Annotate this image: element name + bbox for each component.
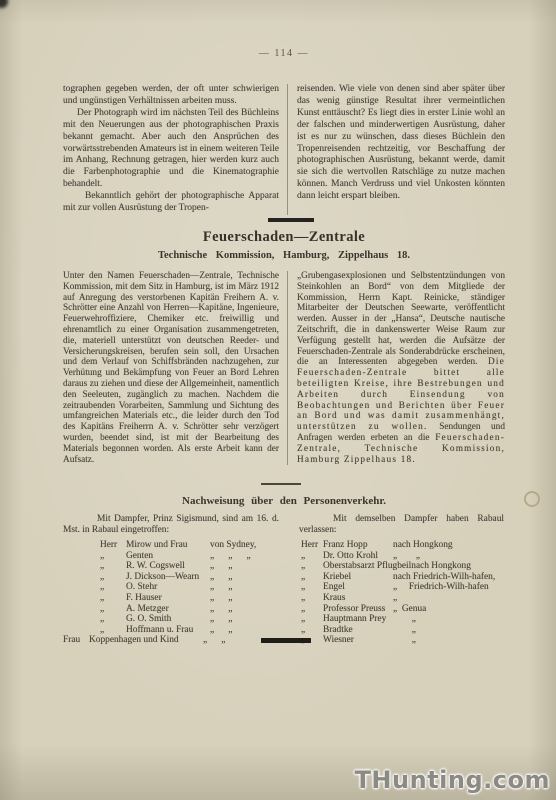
passenger-row: „G. O. Smith„ „: [100, 614, 279, 625]
destination: nach Hongkong: [393, 540, 453, 551]
passenger-name: Hauptmann Prey: [323, 614, 393, 625]
scanned-document-page: — 114 — tographen gegeben werden, der of…: [0, 0, 556, 800]
destination: nach Hongkong: [411, 561, 471, 572]
passenger-name: G. O. Smith: [126, 614, 210, 625]
passenger-name: Dr. Otto Krohl: [323, 551, 393, 562]
passenger-name: A. Metzger: [126, 604, 210, 615]
passenger-name: Professor Preuss: [323, 604, 393, 615]
passenger-row: „A. Metzger„ „: [100, 604, 279, 615]
passenger-row: „Professor Preuss„ Genua: [301, 604, 504, 615]
destination: „: [393, 635, 416, 646]
row-prefix: „: [301, 614, 323, 625]
passenger-row: „Dr. Otto Krohl„ „: [301, 551, 504, 562]
passenger-row: „Hauptmann Prey „: [301, 614, 504, 625]
arrivals-list: HerrMirow und Frauvon Sydney, „Genten„ „…: [63, 540, 279, 646]
row-prefix: Herr: [100, 540, 126, 551]
paragraph: reisenden. Wie viele von denen sind aber…: [297, 84, 505, 203]
passenger-name: Kraus: [323, 593, 393, 604]
passenger-row: „Genten„ „ „: [100, 551, 279, 562]
paragraph: „Grubengasexplosionen und Selbstentzündu…: [297, 271, 505, 465]
departures-list: HerrFranz Hoppnach Hongkong „Dr. Otto Kr…: [299, 540, 504, 646]
feuerschaden-article: Unter den Namen Feuerschaden—Zentrale, T…: [63, 271, 505, 465]
row-prefix: „: [301, 604, 323, 615]
row-prefix: Herr: [301, 540, 323, 551]
passenger-name: R. W. Cogswell: [126, 561, 210, 572]
destination: „ „: [210, 561, 232, 572]
thin-separator-rule: [261, 483, 301, 485]
passenger-name: Engel: [323, 582, 393, 593]
destination: „ „: [210, 614, 232, 625]
paragraph: Bekanntlich gehört der photographische A…: [63, 191, 279, 215]
passenger-name: Mirow und Frau: [126, 540, 210, 551]
passenger-name: Hoffmann u. Frau: [126, 625, 210, 636]
row-prefix: „: [301, 625, 323, 636]
destination: „ „: [203, 635, 225, 646]
destination: von Sydney,: [210, 540, 256, 551]
destination: „: [393, 614, 416, 625]
article-title: Feuerschaden—Zentrale: [63, 229, 505, 246]
passenger-name: O. Stehr: [126, 582, 210, 593]
passenger-row: HerrMirow und Frauvon Sydney,: [100, 540, 279, 551]
letterspaced-text-run: Die Feuerschaden-Zentrale bittet alle be…: [297, 357, 505, 432]
passenger-row: „Engel„ Friedrich-Wilh-hafen: [301, 582, 504, 593]
row-prefix: „: [301, 582, 323, 593]
destination: „ „: [210, 572, 232, 583]
passenger-name: Koppenhagen und Kind: [89, 635, 203, 646]
row-prefix: „: [301, 572, 323, 583]
row-prefix: „: [301, 551, 323, 562]
passenger-section-title: Nachweisung über den Personenverkehr.: [63, 495, 505, 507]
photography-left-column: tographen gegeben werden, der oft unter …: [63, 84, 287, 215]
passenger-name: Kriebel: [323, 572, 393, 583]
page-number: — 114 —: [63, 48, 505, 59]
passenger-row: „R. W. Cogswell„ „: [100, 561, 279, 572]
destination: „ „: [210, 625, 232, 636]
passenger-row: „Bradtke „: [301, 625, 504, 636]
paragraph: Unter den Namen Feuerschaden—Zentrale, T…: [63, 271, 279, 465]
arrivals-column: Mit Dampfer, Prinz Sigismund, sind am 16…: [63, 514, 287, 646]
destination: nach Friedrich-Wilh-hafen,: [393, 572, 495, 583]
destination: „: [393, 593, 397, 604]
passenger-row: FrauKoppenhagen und Kind„ „: [63, 635, 279, 646]
passenger-row: HerrFranz Hoppnach Hongkong: [301, 540, 504, 551]
passenger-row: „Hoffmann u. Frau„ „: [100, 625, 279, 636]
row-prefix: „: [100, 572, 126, 583]
passenger-row: „F. Hauser„ „: [100, 593, 279, 604]
passenger-row: „Kraus„: [301, 593, 504, 604]
destination: „ „: [210, 593, 232, 604]
passenger-name: J. Dickson—Wearn: [126, 572, 210, 583]
arrivals-intro: Mit Dampfer, Prinz Sigismund, sind am 16…: [63, 514, 279, 536]
passenger-row: „J. Dickson—Wearn„ „: [100, 572, 279, 583]
text-run: „Grubengasexplosionen und Selbstentzündu…: [297, 271, 505, 367]
article-subtitle: Technische Kommission, Hamburg, Zippelha…: [63, 250, 505, 261]
section-separator-rule: [268, 218, 314, 222]
passenger-name: F. Hauser: [126, 593, 210, 604]
passenger-row: „Kriebelnach Friedrich-Wilh-hafen,: [301, 572, 504, 583]
row-prefix: „: [100, 582, 126, 593]
row-prefix: „: [100, 593, 126, 604]
destination: „ Friedrich-Wilh-hafen: [393, 582, 489, 593]
feuerschaden-right-column: „Grubengasexplosionen und Selbstentzündu…: [288, 271, 505, 465]
passenger-row: „Oberstabsarzt Pflugbeilnach Hongkong: [301, 561, 504, 572]
passenger-name: Oberstabsarzt Pflugbeil: [323, 561, 411, 572]
photography-article: tographen gegeben werden, der oft unter …: [63, 84, 505, 215]
passenger-name: Franz Hopp: [323, 540, 393, 551]
row-prefix: Frau: [63, 635, 89, 646]
row-prefix: „: [100, 614, 126, 625]
end-separator-rule: [261, 638, 311, 643]
destination: „ „: [393, 551, 420, 562]
passenger-section: Mit Dampfer, Prinz Sigismund, sind am 16…: [63, 514, 505, 646]
row-prefix: „: [100, 625, 126, 636]
destination: „ Genua: [393, 604, 426, 615]
corner-stain: [0, 0, 8, 8]
feuerschaden-left-column: Unter den Namen Feuerschaden—Zentrale, T…: [63, 271, 287, 465]
passenger-name: Wiesner: [323, 635, 393, 646]
paragraph: tographen gegeben werden, der oft unter …: [63, 84, 279, 108]
destination: „ „ „: [210, 551, 251, 562]
row-prefix: „: [100, 561, 126, 572]
row-prefix: „: [301, 561, 323, 572]
departures-column: Mit demselben Dampfer haben Rabaul verla…: [287, 514, 504, 646]
row-prefix: „: [100, 551, 126, 562]
destination: „ „: [210, 604, 232, 615]
passenger-name: Bradtke: [323, 625, 393, 636]
destination: „: [393, 625, 416, 636]
hole-stain-ring: [524, 491, 540, 507]
paragraph: Der Photograph wird im nächsten Teil des…: [63, 108, 279, 191]
row-prefix: „: [100, 604, 126, 615]
destination: „ „: [210, 582, 232, 593]
watermark: THunting.com: [355, 766, 550, 794]
photography-right-column: reisenden. Wie viele von denen sind aber…: [288, 84, 505, 215]
row-prefix: „: [301, 593, 323, 604]
passenger-name: Genten: [126, 551, 210, 562]
departures-intro: Mit demselben Dampfer haben Rabaul verla…: [299, 514, 504, 536]
passenger-row: „Wiesner „: [301, 635, 504, 646]
passenger-row: „O. Stehr„ „: [100, 582, 279, 593]
